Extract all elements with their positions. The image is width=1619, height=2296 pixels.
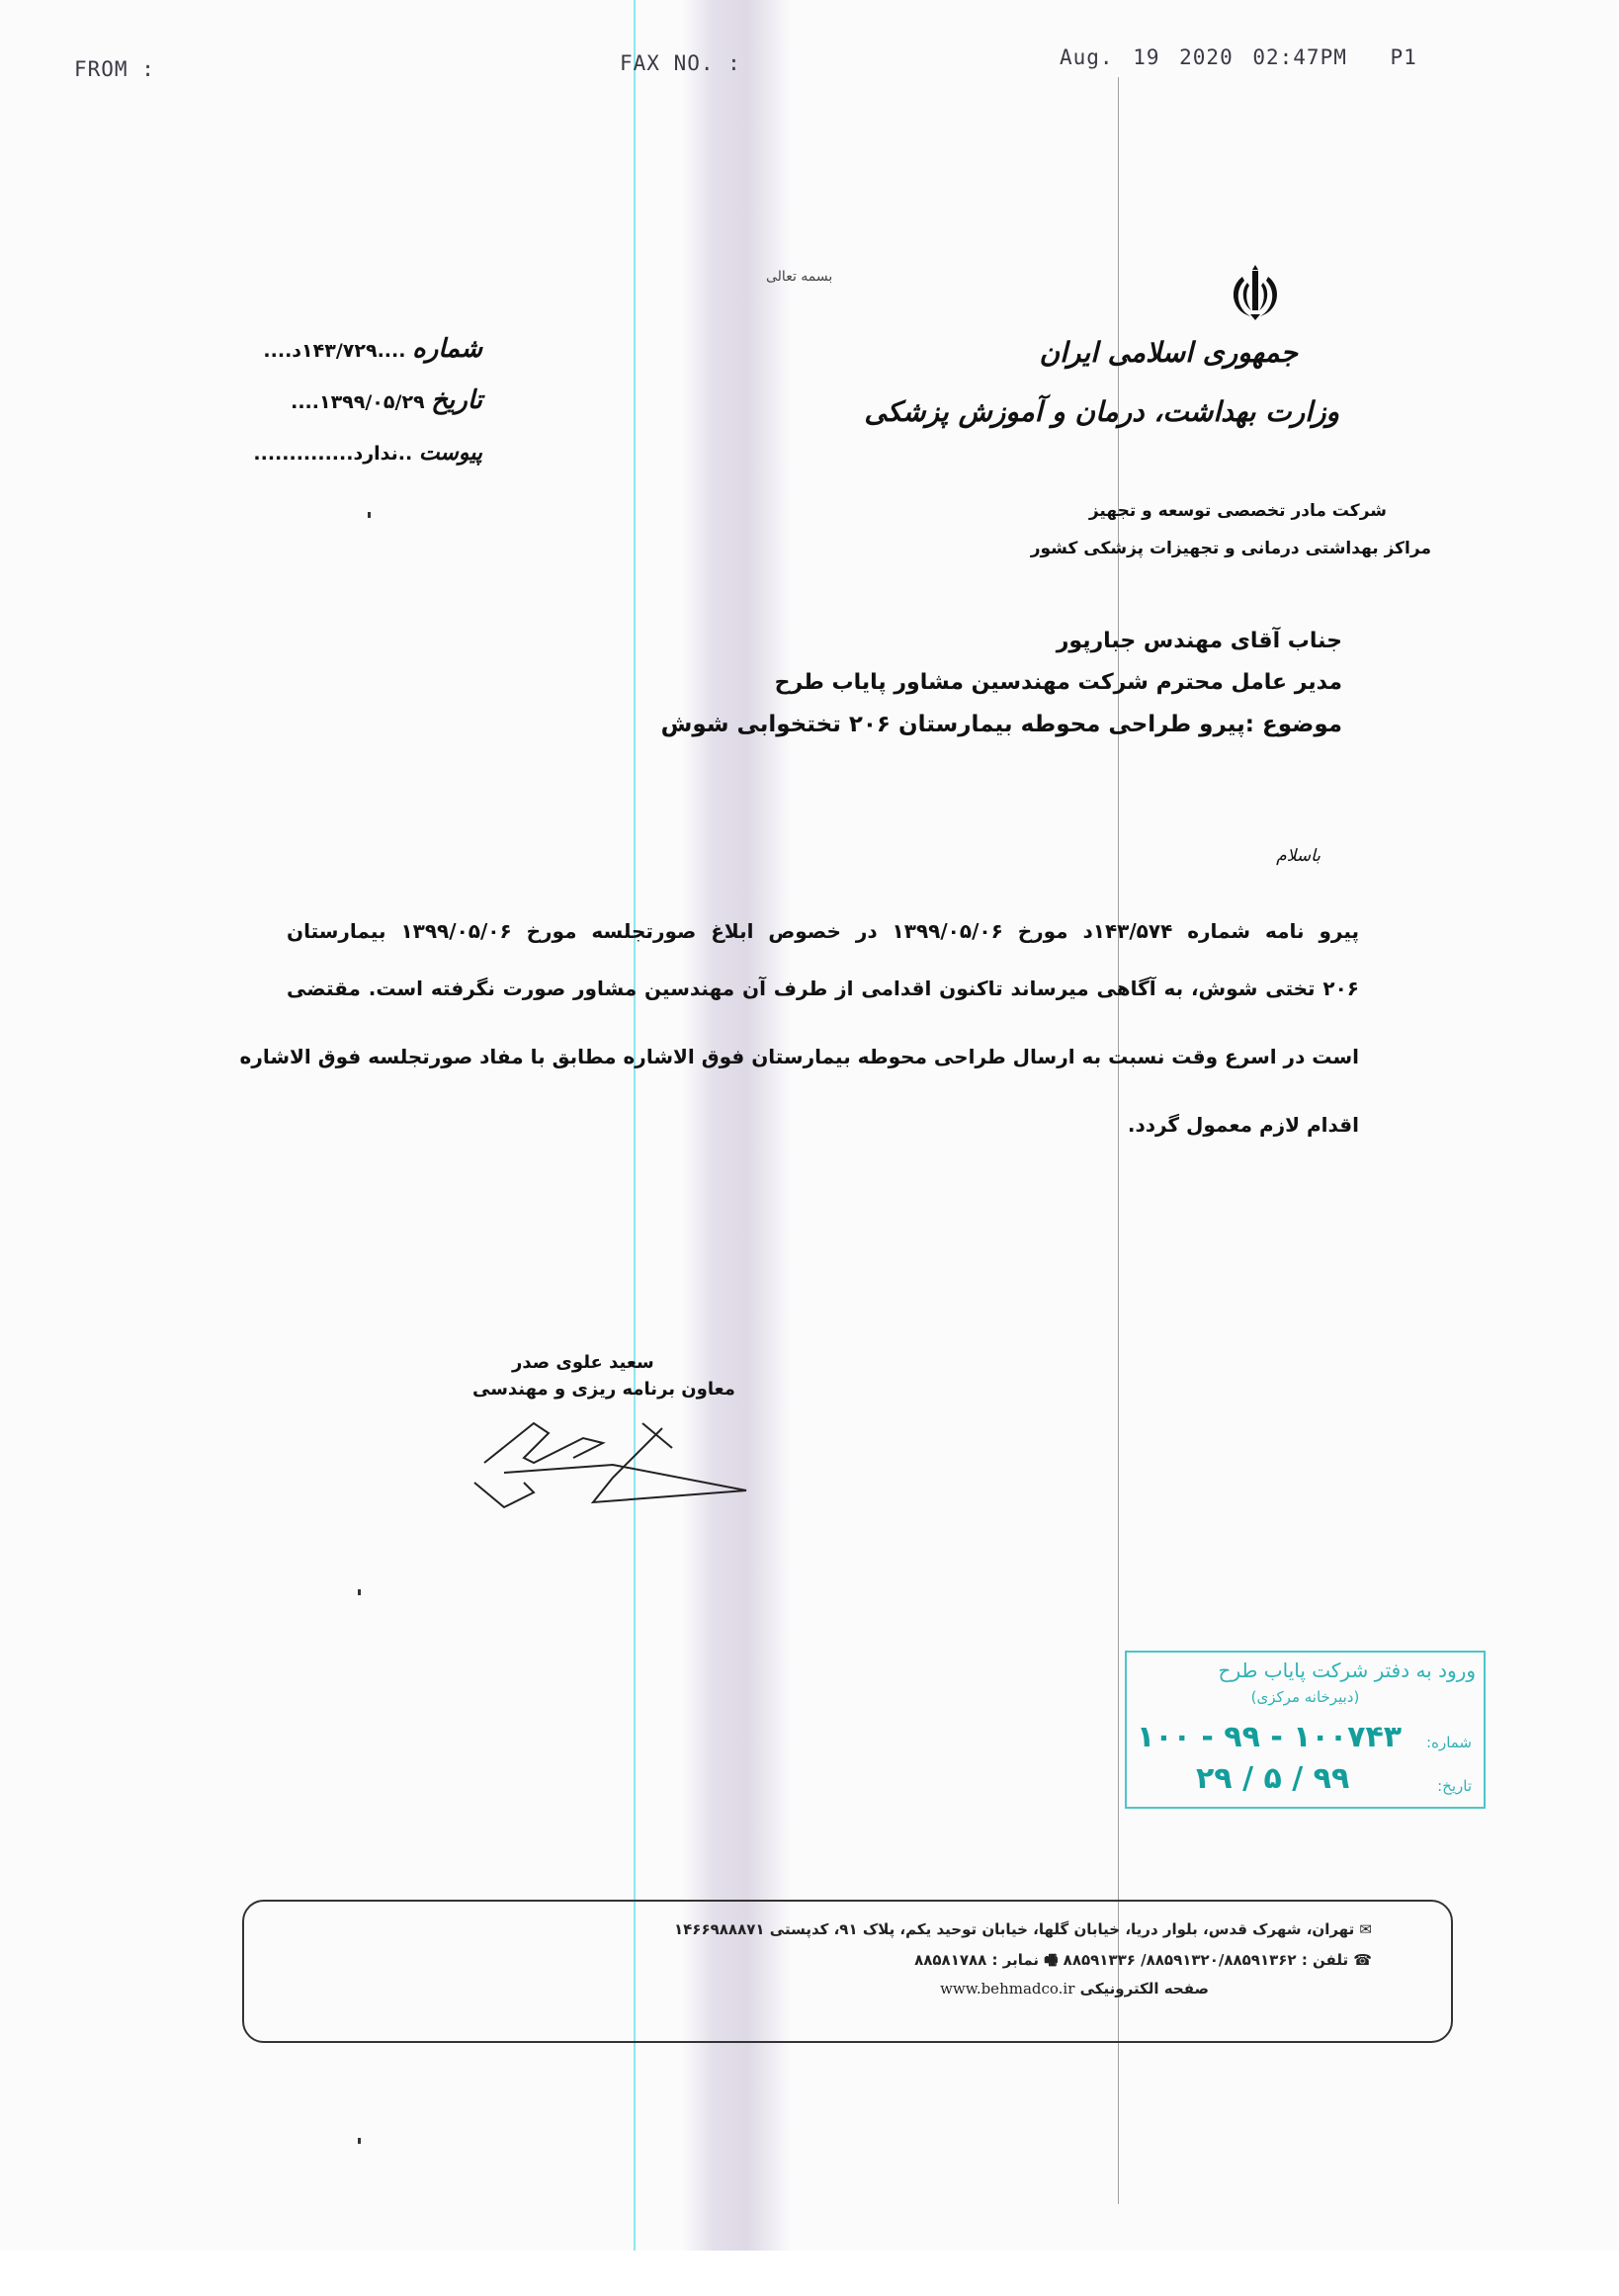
letter-date-label: تاریخ [431,385,482,415]
letter-subject: موضوع :پیرو طراحی محوطه بیمارستان ۲۰۶ تخ… [661,712,1342,737]
fax-page-number: P1 [1391,45,1417,69]
footer-website-label: صفحه الکترونیکی [1080,1980,1209,1998]
footer-phone: ☎ تلفن : ۸۸۵۹۱۳۲۰/۸۸۵۹۱۳۶۲/ ۸۸۵۹۱۳۳۶ 🖷 ن… [914,1950,1372,1975]
company-name-line-2: مراکز بهداشتی درمانی و تجهیزات پزشکی کشو… [1031,539,1431,558]
letter-date-value: ۱۳۹۹/۰۵/۲۹.... [291,391,425,413]
signature-icon [465,1403,761,1512]
letter-number-value: ....۱۴۳/۷۲۹د.... [263,340,405,362]
letter-attachment: پیوست ..ندارد.............. [253,440,482,466]
letter-date: تاریخ ۱۳۹۹/۰۵/۲۹.... [291,385,482,415]
footer-address: ✉ تهران، شهرک قدس، بلوار دریا، خیابان گل… [674,1920,1372,1938]
invocation: بسمه تعالی [766,269,832,285]
stamp-subtitle: (دبیرخانه مرکزی) [1127,1688,1484,1706]
stamp-title: ورود به دفتر شرکت پایاب طرح [1219,1658,1476,1682]
letter-attachment-value: ..ندارد.............. [253,443,412,465]
stamp-number-value: ۱۰۰۷۴۳ - ۹۹ - ۱۰۰ [1137,1720,1402,1754]
letter-attachment-label: پیوست [419,440,482,466]
stamp-date-value: ۹۹ / ۵ / ۲۹ [1196,1761,1349,1796]
footer-website-link[interactable]: www.behmadco.ir [940,1980,1074,1998]
fax-from-label: FROM : [74,57,155,81]
iran-emblem-icon [1221,259,1290,328]
body-line-3: است در اسرع وقت نسبت به ارسال طراحی محوط… [287,1045,1359,1068]
signatory-title: معاون برنامه ریزی و مهندسی [472,1379,735,1400]
fax-datetime: Aug. 19 2020 02:47PM [1060,45,1347,69]
fax-number-label: FAX NO. : [620,51,741,75]
letter-number: شماره ....۱۴۳/۷۲۹د.... [263,334,482,364]
scan-speck [358,1589,361,1595]
salutation: باسلام [1276,846,1321,866]
stamp-number-label: شماره: [1426,1734,1472,1751]
stamp-date-label: تاریخ: [1437,1777,1472,1795]
recipient-title: مدیر عامل محترم شرکت مهندسین مشاور پایاب… [775,670,1342,695]
country-name: جمهوری اسلامی ایران [1040,336,1298,369]
body-line-2: ۲۰۶ تختی شوش، به آگاهی میرساند تاکنون اق… [287,977,1359,1000]
recipient-name: جناب آقای مهندس جبارپور [1057,629,1342,653]
body-line-1: پیرو نامه شماره ۱۴۳/۵۷۴د مورخ ۱۳۹۹/۰۵/۰۶… [287,919,1359,943]
fax-timestamp: Aug. 19 2020 02:47PM P1 [1060,45,1417,69]
scan-speck [368,512,371,518]
ministry-name: وزارت بهداشت، درمان و آموزش پزشکی [864,395,1339,428]
signatory-name: سعید علوی صدر [512,1352,654,1373]
scan-speck [358,2138,361,2144]
footer-website: صفحه الکترونیکی www.behmadco.ir [926,1980,1209,1998]
company-name-line-1: شرکت مادر تخصصی توسعه و تجهیز [1089,501,1387,521]
body-line-4: اقدام لازم معمول گردد. [287,1113,1359,1137]
incoming-stamp: ورود به دفتر شرکت پایاب طرح (دبیرخانه مر… [1125,1651,1486,1809]
letter-number-label: شماره [412,334,482,364]
